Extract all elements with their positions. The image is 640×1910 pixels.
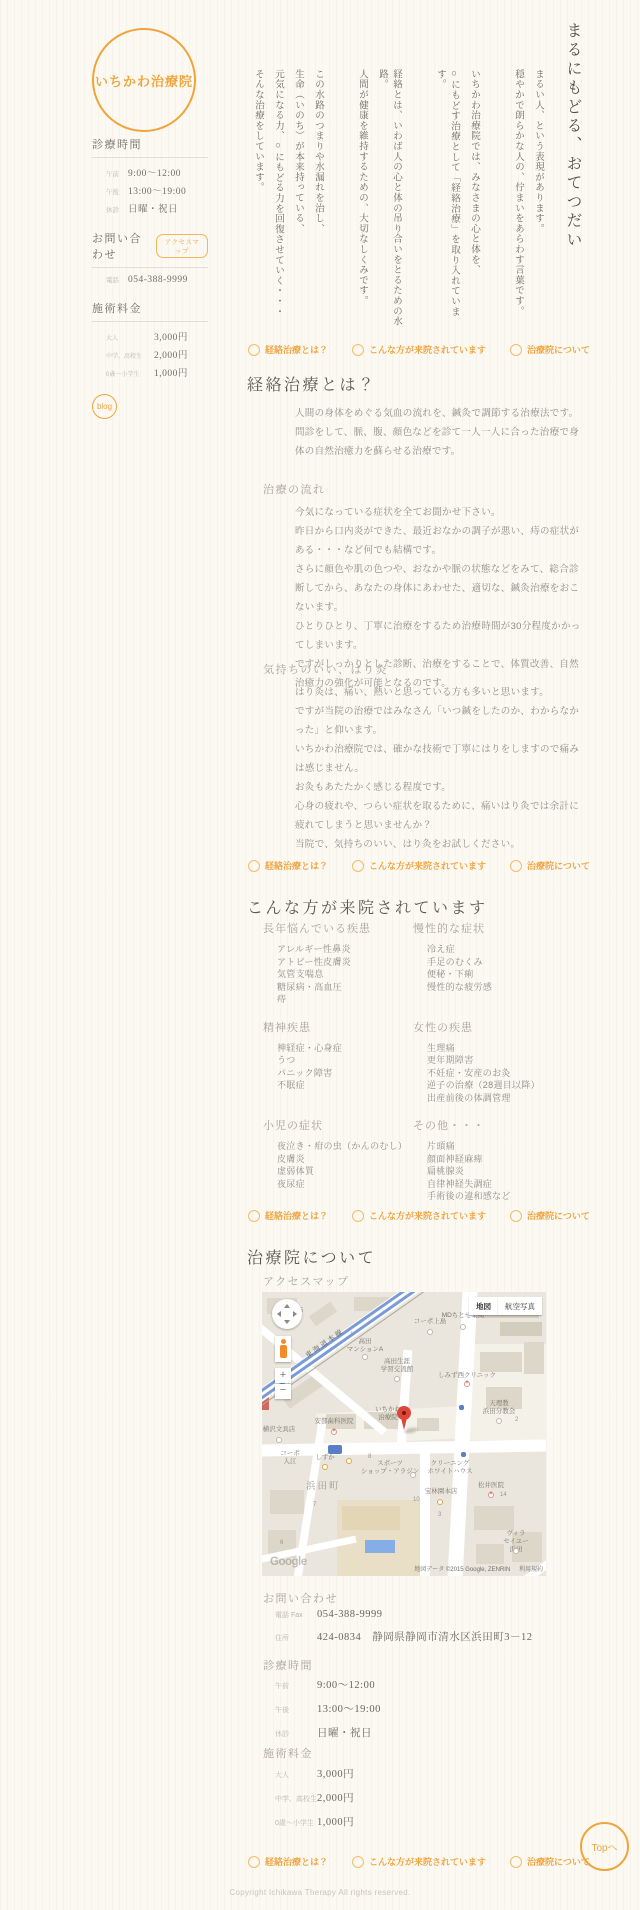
list-item: 逆子の治療（28週目以降） — [427, 1079, 573, 1092]
hours-value: 日曜・祝日 — [128, 201, 178, 215]
hours-row: 午後 13:00～19:00 — [106, 183, 208, 197]
circle-icon — [510, 1210, 522, 1222]
circle-icon — [352, 860, 364, 872]
map-type-map-button[interactable]: 地図 — [469, 1297, 498, 1315]
house-number: 14 — [500, 1492, 507, 1498]
nav-link-about[interactable]: 経絡治療とは？ — [248, 859, 328, 872]
list-item: 皮膚炎 — [277, 1153, 413, 1166]
circle-icon — [510, 860, 522, 872]
bus-stop-icon — [461, 1452, 466, 1457]
visitors-group: 小児の症状 夜泣き・疳の虫（かんのむし） 皮膚炎 虚弱体質 夜尿症 — [263, 1117, 413, 1203]
subhead-contact: お問い合わせ — [263, 1590, 338, 1606]
clinic-logo-text: いちかわ治療院 — [95, 71, 193, 90]
list-item: うつ — [277, 1054, 413, 1067]
circle-icon — [352, 1856, 364, 1868]
paragraph: 今気になっている症状を全てお聞かせ下さい。 — [295, 503, 582, 522]
list-item: 夜泣き・疳の虫（かんのむし） — [277, 1140, 413, 1153]
list-item: パニック障害 — [277, 1067, 413, 1080]
map-poi-label[interactable]: 安部歯科医院 — [315, 1418, 354, 1426]
visitors-category: 女性の疾患 — [413, 1019, 573, 1035]
hours-row: 午前 9:00～12:00 — [106, 165, 208, 179]
info-row: 休診 日曜・祝日 — [275, 1725, 381, 1740]
info-label: 午後 — [275, 1705, 317, 1715]
poi-restaurant-icon — [346, 1458, 352, 1464]
map-building — [524, 1342, 544, 1374]
route-shield-icon — [328, 1445, 342, 1454]
hours-label: 午後 — [106, 187, 128, 196]
hours-value: 13:00～19:00 — [128, 183, 186, 197]
map-attribution: 地図データ ©2015 Google, ZENRIN 利用規約 — [414, 1564, 543, 1573]
info-row: 大人 3,000円 — [275, 1766, 354, 1781]
visitors-category: 精神疾患 — [263, 1019, 413, 1035]
map-pool — [365, 1540, 395, 1553]
hero-paragraph-group: まるい人、という表現があります。 穏やかで朗らかな人の、佇まいをあらわす言葉です… — [511, 22, 545, 337]
list-item: 手術後の違和感など — [427, 1190, 573, 1203]
circle-icon — [248, 1210, 260, 1222]
map-poi-label[interactable]: しずか — [315, 1454, 335, 1462]
copyright: Copyright Ichikawa Therapy All rights re… — [0, 1888, 640, 1897]
nav-label: 治療院について — [527, 343, 590, 356]
list-item: 虚弱体質 — [277, 1165, 413, 1178]
hero-line: まるい人、という表現があります。 — [531, 22, 545, 337]
access-map-button[interactable]: アクセスマップ — [156, 234, 208, 258]
nav-label: こんな方が来院されています — [369, 1855, 486, 1868]
nav-link-about[interactable]: 経絡治療とは？ — [248, 343, 328, 356]
contact-info: 電話 Fax 054-388-9999 住所 424-0834 静岡県静岡市清水… — [275, 1609, 533, 1653]
nav-link-clinic[interactable]: 治療院について — [510, 1209, 590, 1222]
info-label: 大人 — [275, 1770, 317, 1780]
sidebar-hours: 診療時間 午前 9:00～12:00 午後 13:00～19:00 休診 日曜・… — [92, 136, 208, 215]
circle-icon — [248, 1856, 260, 1868]
hero-line: 穏やかで朗らかな人の、佇まいをあらわす言葉です。 — [511, 22, 525, 337]
clinic-logo[interactable]: いちかわ治療院 — [92, 28, 196, 132]
paragraph: ですが当院の治療ではみなさん「いつ鍼をしたのか、わからなかった」と仰います。 — [295, 702, 582, 740]
hero-headline: まるにもどる、おてつだい — [561, 22, 584, 337]
info-value: 9:00～12:00 — [317, 1677, 375, 1692]
hero-paragraph-group: 経絡とは、いわば人の心と体の吊り合いをとるための水路。 人間が健康を維持するため… — [355, 22, 403, 337]
nav-label: 経絡治療とは？ — [265, 1209, 328, 1222]
sidebar-fees-title: 施術料金 — [92, 300, 208, 322]
poi-dot-icon — [394, 1376, 400, 1382]
google-map[interactable]: 東海道本線 コーポ上島 MDちとせ薬局 高田 マンションA 高田生涯 学習交流館… — [262, 1292, 546, 1576]
pan-down-icon[interactable] — [284, 1320, 290, 1324]
circle-icon — [510, 344, 522, 356]
map-poi-label[interactable]: 宝林園本店 — [425, 1488, 458, 1496]
paragraph: お灸もあたたかく感じる程度です。 — [295, 778, 582, 797]
list-item: 片頭痛 — [427, 1140, 573, 1153]
nav-link-clinic[interactable]: 治療院について — [510, 1855, 590, 1868]
info-row: 電話 Fax 054-388-9999 — [275, 1609, 533, 1620]
info-value: 054-388-9999 — [317, 1609, 383, 1620]
nav-label: こんな方が来院されています — [369, 859, 486, 872]
sidebar-contact: お問い合わせ アクセスマップ 電話 054-388-9999 — [92, 230, 208, 285]
list-item: 不妊症・安産のお灸 — [427, 1067, 573, 1080]
fee-row: 大人 3,000円 — [106, 329, 208, 343]
list-item: 痔 — [277, 993, 413, 1006]
paragraph: はり灸は、痛い、熱いと思っている方も多いと思います。 — [295, 683, 582, 702]
hero-line: 生命（いのち）が本来持っている、 — [291, 22, 305, 337]
subhead-access-map: アクセスマップ — [263, 1273, 350, 1289]
map-building — [500, 1322, 542, 1336]
terms-link[interactable]: 利用規約 — [519, 1567, 543, 1573]
info-value: 424-0834 静岡県静岡市清水区浜田町3－12 — [317, 1629, 533, 1644]
visitors-group: 精神疾患 神経症・心身症 うつ パニック障害 不眠症 — [263, 1019, 413, 1105]
visitors-group: その他・・・ 片頭痛 顔面神経麻痺 扁桃腺炎 自律神経失調症 手術後の違和感など — [413, 1117, 573, 1203]
poi-dental-icon — [331, 1429, 337, 1435]
circle-icon — [352, 344, 364, 356]
house-number: 6 — [280, 1540, 283, 1546]
subhead-hours: 診療時間 — [263, 1657, 313, 1673]
page: いちかわ治療院 診療時間 午前 9:00～12:00 午後 13:00～19:0… — [0, 0, 640, 1910]
list-item: 自律神経失調症 — [427, 1178, 573, 1191]
fee-value: 3,000円 — [154, 329, 188, 343]
list-item: 出産前後の体調管理 — [427, 1092, 573, 1105]
nav-link-visitors[interactable]: こんな方が来院されています — [352, 1855, 486, 1868]
section-title-about: 経絡治療とは？ — [247, 372, 377, 395]
google-logo: Google — [270, 1556, 307, 1568]
map-building — [480, 1352, 522, 1372]
paragraph: ひとりひとり、丁寧に治療をするため治療時間が30分程度かかってしまいます。 — [295, 617, 582, 655]
circle-icon — [510, 1856, 522, 1868]
hero-paragraph-group: いちかわ治療院では、みなさまの心と体を、 ○にもどす治療として「経絡治療」を取り… — [433, 22, 481, 337]
info-value: 日曜・祝日 — [317, 1725, 372, 1740]
sidebar-fees: 施術料金 大人 3,000円 中学、高校生 2,000円 0歳～小学生 1,00… — [92, 300, 208, 379]
paragraph: 心身の疲れや、つらい症状を取るために、痛いはり灸では余計に疲れてしまうと思いませ… — [295, 797, 582, 835]
visitors-category: 小児の症状 — [263, 1117, 413, 1133]
hero-line: そんな治療をしています。 — [251, 22, 265, 337]
map-type-satellite-button[interactable]: 航空写真 — [498, 1297, 542, 1315]
info-label: 午前 — [275, 1681, 317, 1691]
map-building — [476, 1544, 504, 1564]
sidebar: 診療時間 午前 9:00～12:00 午後 13:00～19:00 休診 日曜・… — [92, 136, 208, 419]
paragraph: 人間の身体をめぐる気血の流れを、鍼灸で調節する治療法です。 — [295, 404, 582, 423]
map-building — [309, 1302, 337, 1327]
info-value: 13:00～19:00 — [317, 1701, 381, 1716]
list-item: 不眠症 — [277, 1079, 413, 1092]
hours-label: 休診 — [106, 205, 128, 214]
poi-dot-icon — [276, 1437, 282, 1443]
list-item: 更年期障害 — [427, 1054, 573, 1067]
pan-right-icon[interactable] — [293, 1311, 297, 1317]
map-poi-label[interactable]: 天理教 浜田分教会 — [483, 1400, 516, 1416]
paragraph: さらに顔色や肌の色つや、おなかや脈の状態などをみて、総合診断してから、あなたの身… — [295, 560, 582, 617]
poi-dot-icon — [427, 1329, 433, 1335]
paragraph: 当院で、気持ちのいい、はり灸をお試しください。 — [295, 835, 582, 854]
visitors-grid: 長年悩んでいる疾患 アレルギー性鼻炎 アトピー性皮膚炎 気管支喘息 糖尿病・高血… — [263, 920, 573, 1203]
hero-line: 人間が健康を維持するための、大切なしくみです。 — [355, 22, 369, 337]
pan-left-icon[interactable] — [277, 1311, 281, 1317]
nav-label: 治療院について — [527, 1209, 590, 1222]
nav-label: こんな方が来院されています — [369, 343, 486, 356]
attribution-text: 地図データ ©2015 Google, ZENRIN — [414, 1567, 510, 1573]
hero-line: いちかわ治療院では、みなさまの心と体を、 — [467, 22, 481, 337]
map-building — [474, 1506, 514, 1530]
info-row: 午前 9:00～12:00 — [275, 1677, 381, 1692]
blog-button[interactable]: blog — [92, 394, 117, 419]
poi-dot-icon — [362, 1354, 368, 1360]
map-type-switcher: 地図 航空写真 — [469, 1297, 542, 1315]
nav-label: 治療院について — [527, 859, 590, 872]
hero-line: 経絡とは、いわば人の心と体の吊り合いをとるための水路。 — [375, 22, 403, 337]
visitors-category: 慢性的な症状 — [413, 920, 573, 936]
list-item: 生理痛 — [427, 1042, 573, 1055]
list-item: 顔面神経麻痺 — [427, 1153, 573, 1166]
section-nav: 経絡治療とは？ こんな方が来院されています 治療院について — [248, 1855, 590, 1868]
info-label: 0歳～小学生 — [275, 1818, 317, 1828]
map-poi-label[interactable]: 高田生涯 学習交流館 — [381, 1358, 414, 1374]
street-view-pegman[interactable] — [275, 1336, 291, 1362]
paragraph: 昨日から口内炎ができた、最近おなかの調子が悪い、痔の症状がある・・・など何でも結… — [295, 522, 582, 560]
fees-info: 大人 3,000円 中学、高校生 2,000円 0歳～小学生 1,000円 — [275, 1766, 354, 1838]
list-item: 糖尿病・高血圧 — [277, 981, 413, 994]
paragraph: いちかわ治療院では、確かな技術で丁寧にはりをしますので痛みは感じません。 — [295, 740, 582, 778]
circle-icon — [352, 1210, 364, 1222]
nav-label: こんな方が来院されています — [369, 1209, 486, 1222]
subhead-flow: 治療の流れ — [263, 481, 326, 497]
section-nav: 経絡治療とは？ こんな方が来院されています 治療院について — [248, 1209, 590, 1222]
nav-link-about[interactable]: 経絡治療とは？ — [248, 1209, 328, 1222]
info-label: 中学、高校生 — [275, 1794, 317, 1804]
hero: まるにもどる、おてつだい まるい人、という表現があります。 穏やかで朗らかな人の… — [221, 22, 584, 337]
map-poi-label[interactable]: しみず西クリニック — [438, 1372, 496, 1380]
info-label: 休診 — [275, 1729, 317, 1739]
map-poi-label[interactable]: 松井医院 — [478, 1482, 504, 1490]
map-poi-label[interactable]: コーポ 入江 — [280, 1450, 300, 1466]
visitors-group: 慢性的な症状 冷え症 手足のむくみ 便秘・下痢 慢性的な疲労感 — [413, 920, 573, 1006]
comfort-text: はり灸は、痛い、熱いと思っている方も多いと思います。 ですが当院の治療ではみなさ… — [295, 683, 582, 854]
phone-label: 電話 — [106, 275, 128, 284]
hours-label: 午前 — [106, 169, 128, 178]
visitors-category: その他・・・ — [413, 1117, 573, 1133]
house-number: 10 — [413, 1497, 420, 1503]
hours-value: 9:00～12:00 — [128, 165, 181, 179]
list-item: アレルギー性鼻炎 — [277, 943, 413, 956]
map-building — [342, 1506, 400, 1530]
list-item: 冷え症 — [427, 943, 573, 956]
hero-line: この水路のつまりや水漏れを治し、 — [311, 22, 325, 337]
list-item: 夜尿症 — [277, 1178, 413, 1191]
section-title-clinic: 治療院について — [247, 1245, 376, 1268]
nav-link-clinic[interactable]: 治療院について — [510, 859, 590, 872]
map-zoom-in-button[interactable]: + — [275, 1368, 291, 1383]
list-item: 手足のむくみ — [427, 956, 573, 969]
back-to-top-button[interactable]: Topへ — [580, 1822, 629, 1871]
poi-dot-icon — [513, 1548, 519, 1554]
fee-label: 大人 — [106, 333, 154, 342]
phone-value: 054-388-9999 — [128, 275, 188, 285]
subhead-fees: 施術料金 — [263, 1745, 313, 1761]
map-pan-control[interactable] — [272, 1299, 302, 1329]
nav-link-visitors[interactable]: こんな方が来院されています — [352, 343, 486, 356]
poi-clinic-icon — [488, 1492, 494, 1498]
pan-up-icon[interactable] — [284, 1304, 290, 1308]
nav-label: 経絡治療とは？ — [265, 1855, 328, 1868]
hours-info: 午前 9:00～12:00 午後 13:00～19:00 休診 日曜・祝日 — [275, 1677, 381, 1749]
visitors-category: 長年悩んでいる疾患 — [263, 920, 413, 936]
map-poi-label[interactable]: 横沢文具店 — [263, 1426, 296, 1434]
section-title-visitors: こんな方が来院されています — [247, 895, 488, 918]
fee-value: 2,000円 — [154, 347, 188, 361]
hours-row: 休診 日曜・祝日 — [106, 201, 208, 215]
nav-link-visitors[interactable]: こんな方が来院されています — [352, 859, 486, 872]
info-row: 中学、高校生 2,000円 — [275, 1790, 354, 1805]
list-item: 扁桃腺炎 — [427, 1165, 573, 1178]
sidebar-contact-title: お問い合わせ — [92, 230, 148, 262]
map-building — [417, 1418, 439, 1431]
map-poi-label[interactable]: 高田 マンションA — [347, 1338, 384, 1354]
phone-row: 電話 054-388-9999 — [106, 275, 208, 285]
map-poi-label[interactable]: クリーニング ホワイトハウス — [428, 1460, 473, 1476]
fee-label: 0歳～小学生 — [106, 369, 154, 378]
map-zoom-out-button[interactable]: − — [275, 1384, 291, 1399]
sidebar-hours-title: 診療時間 — [92, 136, 208, 158]
poi-restaurant-icon — [322, 1464, 328, 1470]
paragraph: 問診をして、脈、腹、顔色などを診て一人一人に合った治療で身体の自然治癒力を蘇らせ… — [295, 423, 582, 461]
nav-label: 治療院について — [527, 1855, 590, 1868]
poi-dot-icon — [496, 1418, 502, 1424]
section-nav: 経絡治療とは？ こんな方が来院されています 治療院について — [248, 343, 590, 356]
visitors-group: 長年悩んでいる疾患 アレルギー性鼻炎 アトピー性皮膚炎 気管支喘息 糖尿病・高血… — [263, 920, 413, 1006]
pegman-icon — [280, 1339, 287, 1358]
info-row: 午後 13:00～19:00 — [275, 1701, 381, 1716]
list-item: 慢性的な疲労感 — [427, 981, 573, 994]
fee-row: 中学、高校生 2,000円 — [106, 347, 208, 361]
map-area-label: 浜田町 — [306, 1478, 341, 1492]
list-item: アトピー性皮膚炎 — [277, 956, 413, 969]
hero-line: ○にもどす治療として「経絡治療」を取り入れています。 — [433, 22, 461, 337]
info-row: 0歳～小学生 1,000円 — [275, 1814, 354, 1829]
fee-row: 0歳～小学生 1,000円 — [106, 365, 208, 379]
fee-value: 1,000円 — [154, 365, 188, 379]
poi-shop-icon — [437, 1499, 443, 1505]
house-number: 2 — [515, 1417, 518, 1423]
nav-link-visitors[interactable]: こんな方が来院されています — [352, 1209, 486, 1222]
list-item: 便秘・下痢 — [427, 968, 573, 981]
circle-icon — [248, 860, 260, 872]
info-label: 電話 Fax — [275, 1610, 317, 1620]
list-item: 気管支喘息 — [277, 968, 413, 981]
info-label: 住所 — [275, 1633, 317, 1643]
house-number: 3 — [438, 1512, 441, 1518]
visitors-group: 女性の疾患 生理痛 更年期障害 不妊症・安産のお灸 逆子の治療（28週目以降） … — [413, 1019, 573, 1105]
hero-paragraph-group: この水路のつまりや水漏れを治し、 生命（いのち）が本来持っている、 元気になる力… — [251, 22, 325, 337]
section-nav: 経絡治療とは？ こんな方が来院されています 治療院について — [248, 859, 590, 872]
poi-dot-icon — [460, 1324, 466, 1330]
nav-label: 経絡治療とは？ — [265, 343, 328, 356]
info-value: 3,000円 — [317, 1766, 354, 1781]
map-building — [270, 1490, 304, 1514]
subhead-comfort: 気持ちのいい、はり灸 — [263, 661, 388, 677]
info-row: 住所 424-0834 静岡県静岡市清水区浜田町3－12 — [275, 1629, 533, 1644]
nav-label: 経絡治療とは？ — [265, 859, 328, 872]
hero-line: 元気になる力、○にもどる力を回復させていく・・・ — [271, 22, 285, 337]
list-item: 神経症・心身症 — [277, 1042, 413, 1055]
info-value: 1,000円 — [317, 1814, 354, 1829]
map-marker[interactable] — [396, 1406, 412, 1432]
about-intro: 人間の身体をめぐる気血の流れを、鍼灸で調節する治療法です。 問診をして、脈、腹、… — [295, 404, 582, 461]
fee-label: 中学、高校生 — [106, 351, 154, 360]
poi-clinic-icon — [464, 1381, 470, 1387]
poi-dot-icon — [410, 1472, 416, 1478]
circle-icon — [248, 344, 260, 356]
info-value: 2,000円 — [317, 1790, 354, 1805]
nav-link-clinic[interactable]: 治療院について — [510, 343, 590, 356]
nav-link-about[interactable]: 経絡治療とは？ — [248, 1855, 328, 1868]
house-number: 7 — [313, 1502, 316, 1508]
bus-stop-icon — [459, 1405, 464, 1410]
